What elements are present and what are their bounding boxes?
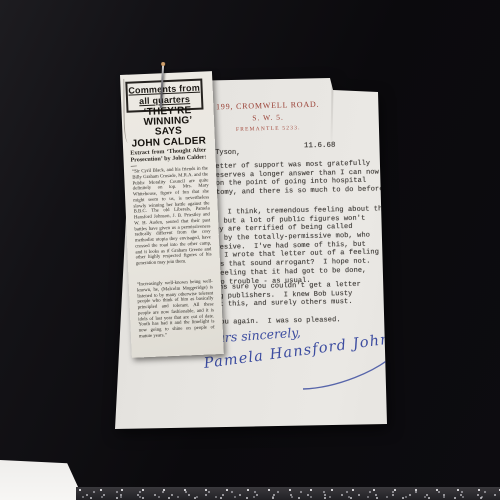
newspaper-clipping: Comments from all quarters ‘THEY’RE WINN…: [120, 71, 224, 358]
letter-paragraph-3: means sure you couldn't get a letter tin…: [206, 281, 361, 310]
clipping-body-paragraph: “Sir Cyril Black, and his friends in the…: [132, 166, 212, 267]
letter-sheet: 199, CROMWELL ROAD. S. W. 5. FREMANTLE 5…: [0, 0, 500, 500]
letterhead-address: 199, CROMWELL ROAD.: [200, 99, 336, 112]
letter-paragraph-1: letter of support was most gratefully de…: [211, 159, 384, 197]
letterhead-district: S. W. 5.: [200, 111, 336, 124]
signature-flourish: [300, 348, 402, 392]
letter-sheet-wrap: 199, CROMWELL ROAD. S. W. 5. FREMANTLE 5…: [0, 0, 500, 500]
photo-stage: 199, CROMWELL ROAD. S. W. 5. FREMANTLE 5…: [0, 0, 500, 500]
letterhead-phone: FREMANTLE 5233.: [200, 124, 336, 134]
letterhead: 199, CROMWELL ROAD. S. W. 5. FREMANTLE 5…: [200, 99, 337, 134]
letter-paragraph-2: I think, tremendous feeling about the ed…: [206, 205, 388, 287]
clipping-headline: ‘THEY’RE WINNING’ SAYS JOHN CALDER: [121, 105, 215, 150]
letter-date: 11.6.68: [304, 142, 336, 151]
letter-line: bout this, and surely others must.: [206, 298, 361, 310]
clipping-body-paragraph: “Increasingly well-known being well-know…: [137, 279, 215, 340]
